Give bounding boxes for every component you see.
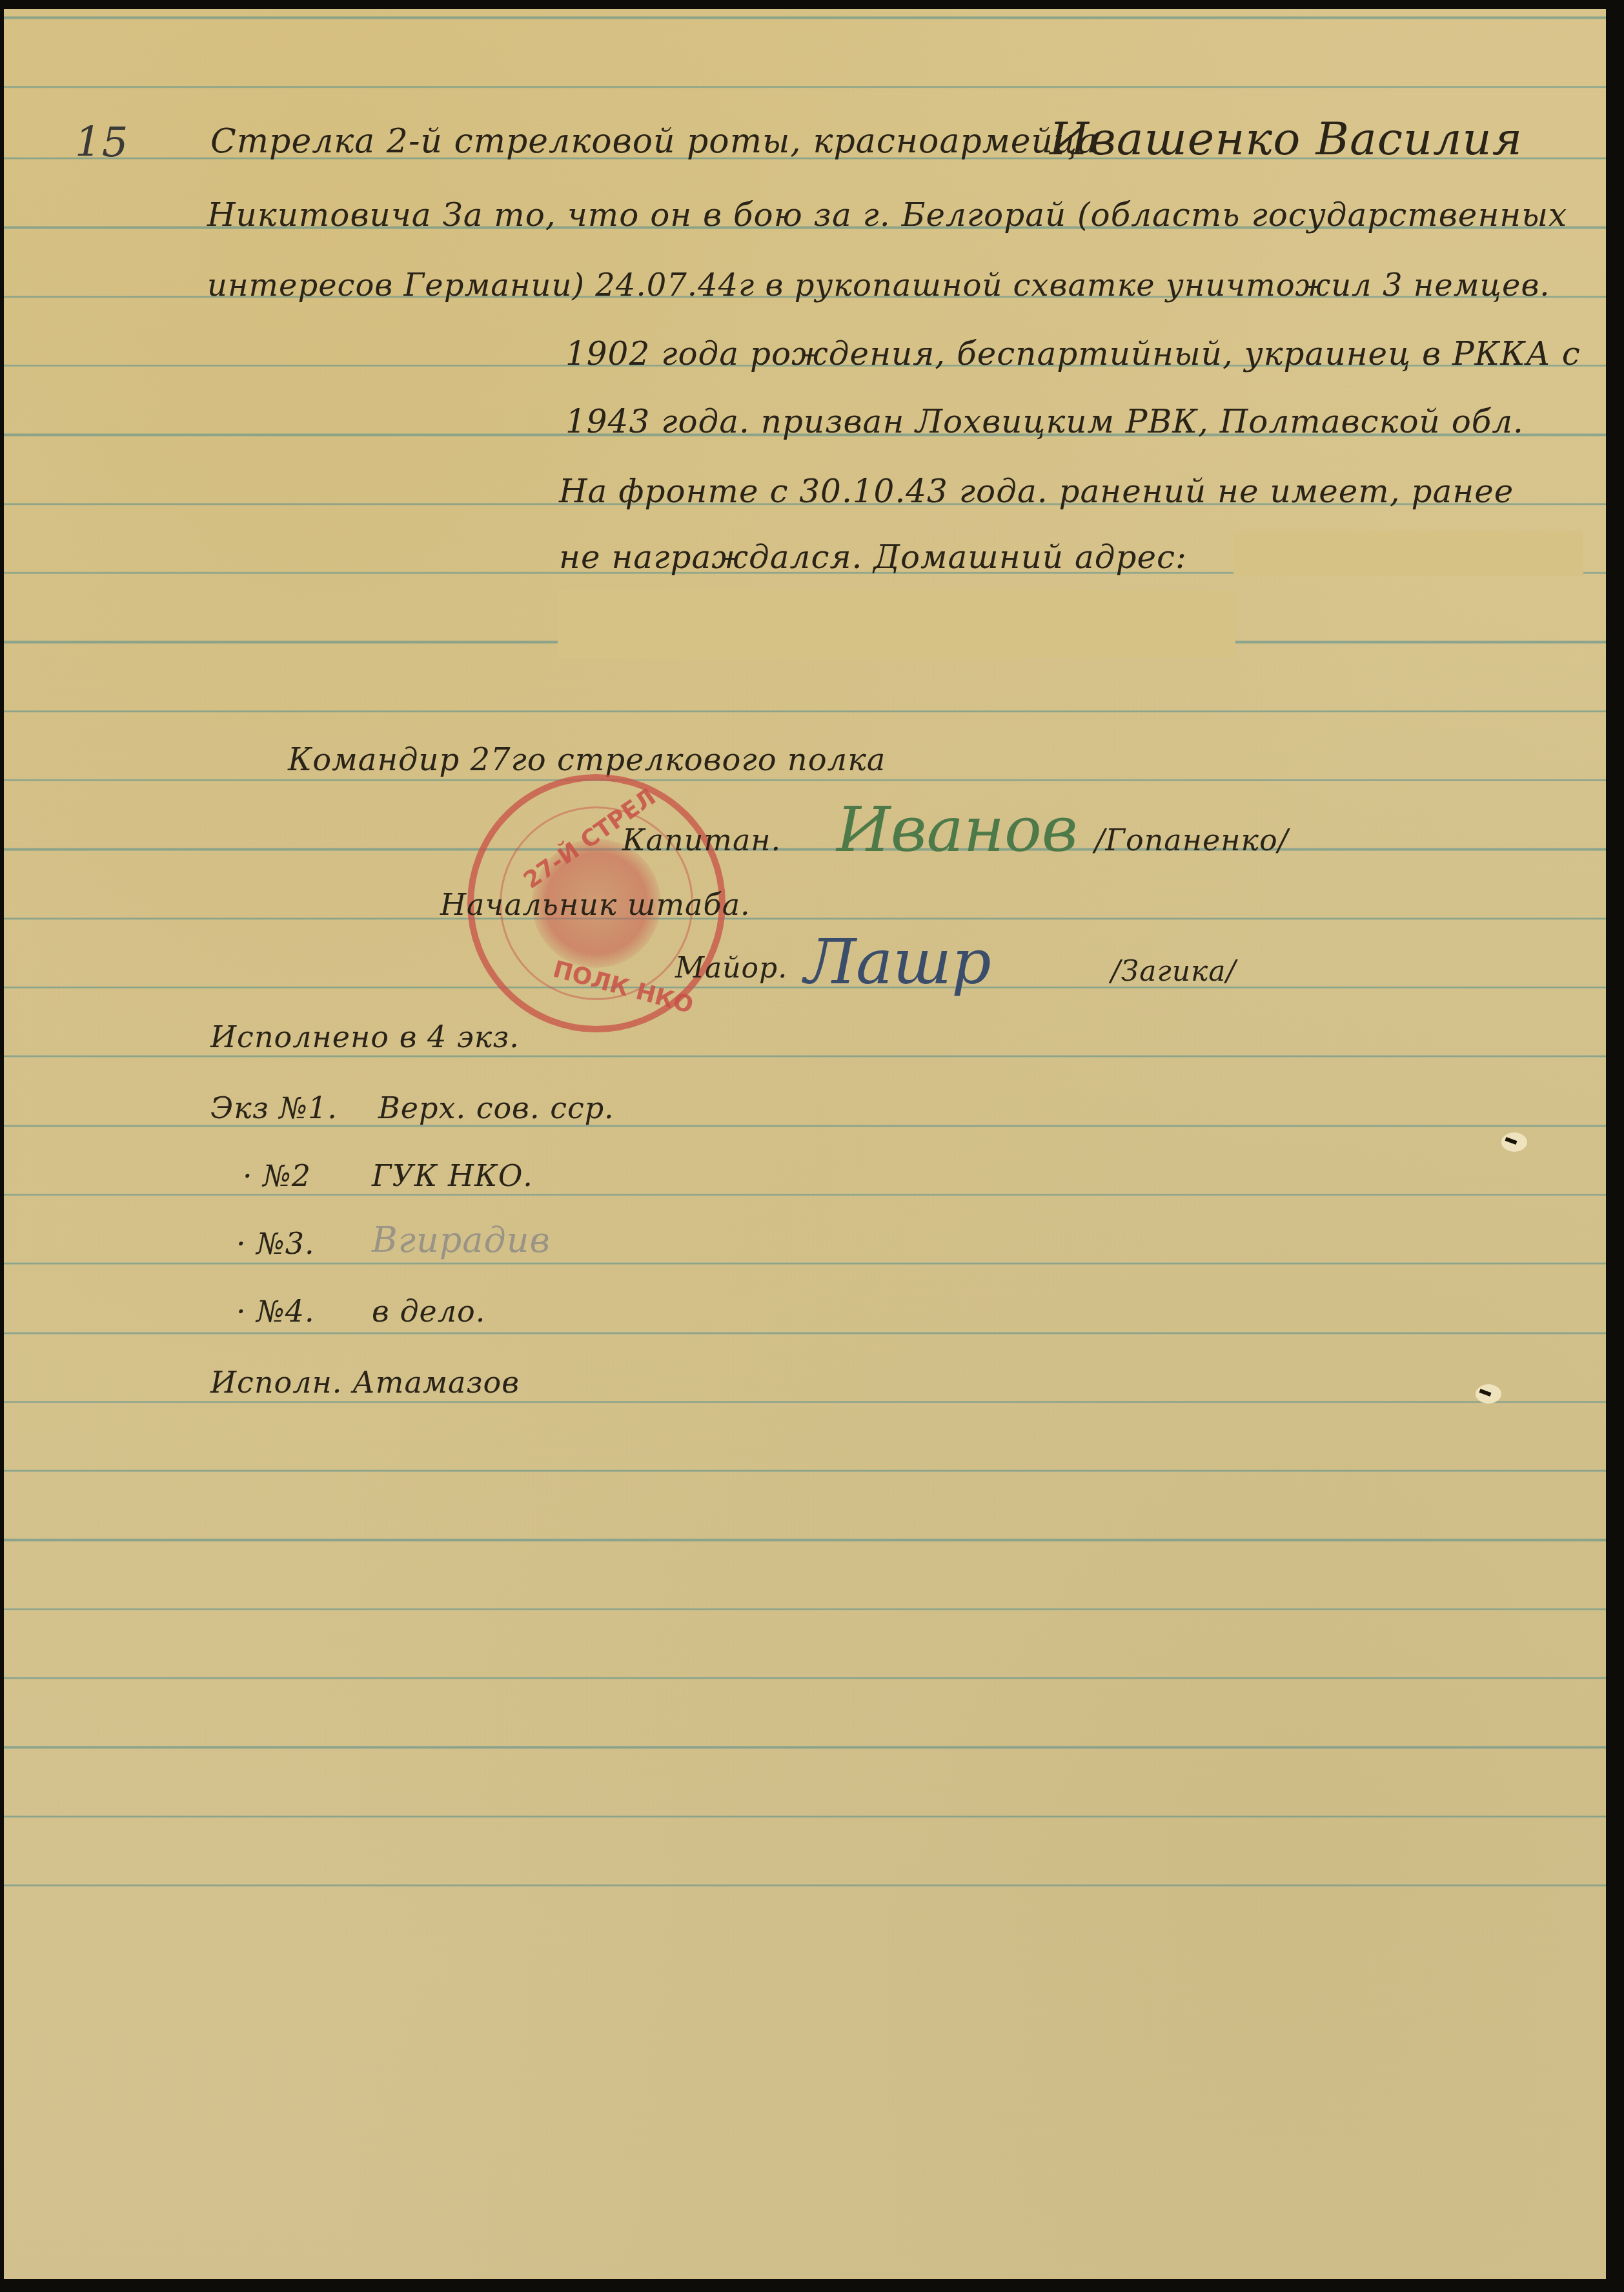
paper-hole-1 [1501,1132,1527,1152]
chief-name: /Загика/ [1111,955,1236,988]
commander-title: Командир 27го стрелкового полка [288,742,886,778]
chief-signature: Лашр [804,926,991,998]
commander-rank: Капитан. [622,823,781,857]
redacted-address-2 [558,590,1235,658]
body-line-7: не награждался. Домашний адрес: [559,538,1187,576]
document-page: 15 Стрелка 2-й стрелковой роты, красноар… [4,9,1606,2279]
copy-4-label: · №4. [236,1294,315,1329]
body-line-5: 1943 года. призван Лохвицким РВК, Полтав… [565,403,1524,440]
body-line-6: На фронте с 30.10.43 года. ранений не им… [559,473,1514,510]
executor: Исполн. Атамазов [210,1365,520,1400]
copy-4-dest: в дело. [372,1294,485,1329]
copy-1-dest: Верх. сов. сср. [378,1090,614,1125]
copy-2-dest: ГУК НКО. [372,1158,533,1193]
page-number: 15 [75,119,128,167]
redacted-address-1 [1233,531,1583,576]
chief-rank: Майор. [675,952,787,985]
body-line-1: Стрелка 2-й стрелковой роты, красноармей… [210,122,1098,161]
copy-3-label: · №3. [236,1226,315,1261]
distribution-header: Исполнено в 4 экз. [210,1019,520,1054]
copy-1-label: Экз №1. [210,1090,338,1125]
commander-name: /Гопаненко/ [1095,823,1288,857]
commander-signature: Ивано​в [837,793,1078,866]
body-line-4: 1902 года рождения, беспартийный, украин… [565,335,1581,373]
copy-3-dest: Вгирадив [372,1220,551,1260]
chief-title: Начальник штаба. [440,887,751,922]
soldier-name: Ивашенко Василия [1050,112,1523,165]
body-line-2: Никитовича За то, что он в бою за г. Бел… [207,196,1567,234]
body-line-3: интересов Германии) 24.07.44г в рукопашн… [207,267,1550,303]
copy-2-label: · №2 [243,1158,311,1193]
paper-hole-2 [1476,1384,1501,1404]
